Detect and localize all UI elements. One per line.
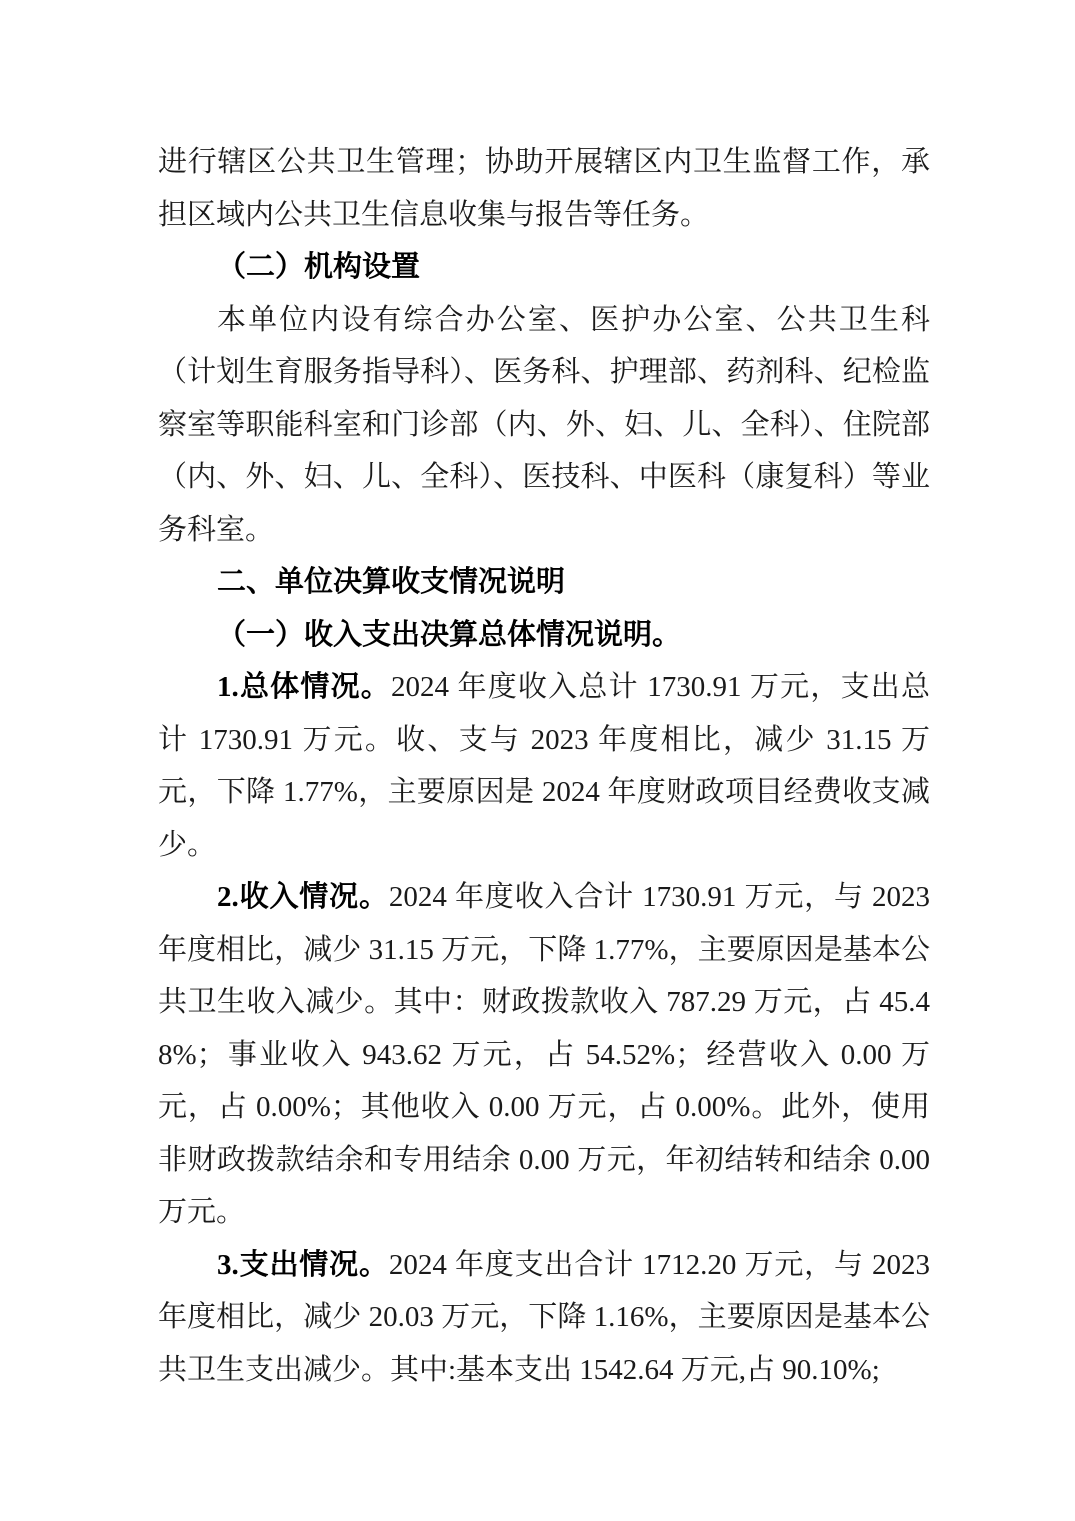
- document-page: 进行辖区公共卫生管理；协助开展辖区内卫生监督工作，承担区域内公共卫生信息收集与报…: [0, 0, 1075, 1521]
- heading-org-setup: （二）机构设置: [158, 241, 930, 294]
- paragraph-income-text: 2024 年度收入合计 1730.91 万元，与 2023 年度相比，减少 31…: [158, 881, 930, 1228]
- heading-section-2: 二、单位决算收支情况说明: [158, 556, 930, 609]
- paragraph-overall-lead: 1.总体情况。: [217, 671, 391, 703]
- paragraph-org-setup: 本单位内设有综合办公室、医护办公室、公共卫生科（计划生育服务指导科）、医务科、护…: [158, 294, 930, 557]
- paragraph-duties-continuation: 进行辖区公共卫生管理；协助开展辖区内卫生监督工作，承担区域内公共卫生信息收集与报…: [158, 136, 930, 241]
- paragraph-expenditure-situation: 3.支出情况。2024 年度支出合计 1712.20 万元，与 2023 年度相…: [158, 1239, 930, 1397]
- paragraph-expenditure-lead: 3.支出情况。: [217, 1249, 389, 1281]
- paragraph-income-situation: 2.收入情况。2024 年度收入合计 1730.91 万元，与 2023 年度相…: [158, 871, 930, 1239]
- heading-subsection-1: （一）收入支出决算总体情况说明。: [158, 609, 930, 662]
- paragraph-overall-situation: 1.总体情况。2024 年度收入总计 1730.91 万元，支出总计 1730.…: [158, 661, 930, 871]
- paragraph-income-lead: 2.收入情况。: [217, 881, 389, 913]
